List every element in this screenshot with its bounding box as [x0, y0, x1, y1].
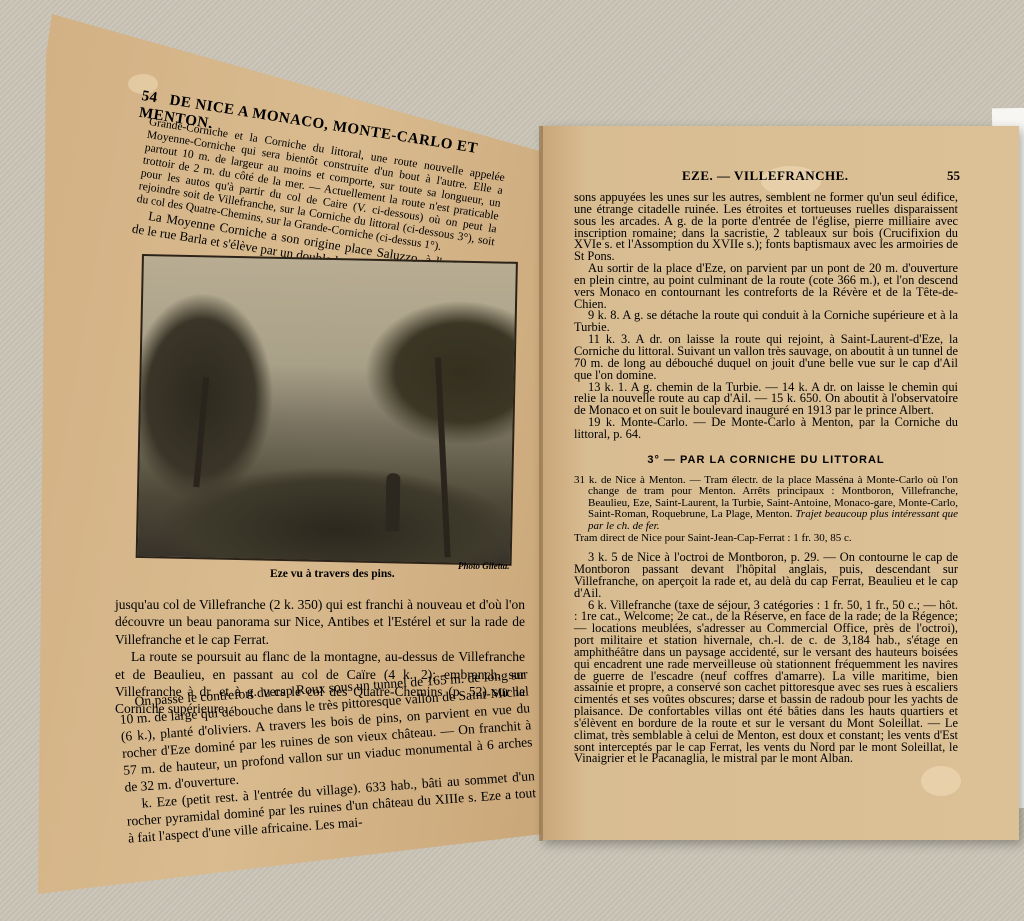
left-bottom-text: On passe le contrefort du cap Roux sous …: [118, 665, 538, 846]
right-paragraph-5: 13 k. 1. A g. chemin de la Turbie. — 14 …: [574, 382, 958, 418]
right-section-paragraph-2: 6 k. Villefranche (taxe de séjour, 3 cat…: [574, 600, 958, 766]
right-page-number: 55: [947, 168, 960, 184]
left-page-number: 54: [140, 88, 158, 106]
section-heading-corniche-littoral: 3° — PAR LA CORNICHE DU LITTORAL: [574, 455, 958, 467]
right-running-title: EZE. — VILLEFRANCHE.: [682, 168, 849, 184]
route-info-block: 31 k. de Nice à Menton. — Tram électr. d…: [574, 475, 958, 545]
right-running-head: EZE. — VILLEFRANCHE. 55: [560, 168, 960, 186]
photo-caption: Eze vu à travers des pins.: [270, 568, 395, 580]
right-section-paragraph-1: 3 k. 5 de Nice à l'octroi de Montboron, …: [574, 552, 958, 599]
right-paragraph-2: Au sortir de la place d'Eze, on parvient…: [574, 263, 958, 310]
book-gutter: [539, 126, 543, 841]
left-body-paragraph-1: jusqu'au col de Villefranche (2 k. 350) …: [115, 596, 525, 648]
photo-eze-through-pines: [136, 254, 518, 566]
route-info-tram: Tram direct de Nice pour Saint-Jean-Cap-…: [588, 533, 958, 545]
photo-credit: Photo Giletta.: [458, 561, 510, 571]
walking-figure: [385, 473, 400, 531]
right-paragraph-1: sons appuyées les unes sur les autres, s…: [574, 192, 958, 263]
right-paragraph-4: 11 k. 3. A dr. on laisse la route qui re…: [574, 334, 958, 381]
right-body-text: sons appuyées les unes sur les autres, s…: [574, 192, 958, 765]
right-paragraph-3: 9 k. 8. A g. se détache la route qui con…: [574, 310, 958, 334]
right-paragraph-6: 19 k. Monte-Carlo. — De Monte-Carlo à Me…: [574, 417, 958, 441]
